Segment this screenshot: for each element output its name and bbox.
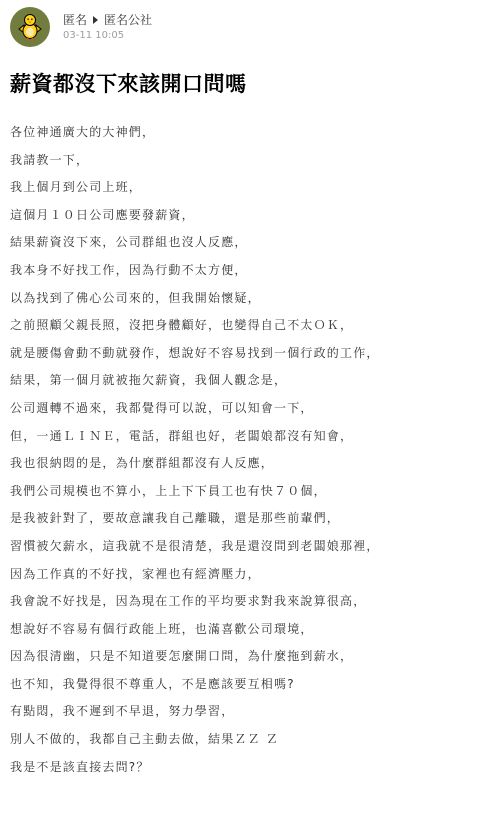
triangle-right-icon	[93, 16, 98, 24]
timestamp: 03-11 10:05	[63, 29, 152, 43]
body-line: 習慣被欠薪水，這我就不是很清楚，我是還沒問到老闆娘那裡，	[10, 533, 490, 561]
body-line: 我上個月到公司上班，	[10, 174, 490, 202]
post-meta: 匿名 匿名公社 03-11 10:05	[63, 12, 152, 43]
body-line: 是我被針對了，要故意讓我自己離職，還是那些前輩們，	[10, 505, 490, 533]
body-line: 公司週轉不過來，我都覺得可以說，可以知會一下，	[10, 395, 490, 423]
breadcrumb: 匿名 匿名公社	[63, 12, 152, 28]
body-line: 想說好不容易有個行政能上班，也滿喜歡公司環境，	[10, 616, 490, 644]
post-title: 薪資都沒下來該開口問嗎	[10, 70, 247, 98]
body-line: 我本身不好找工作，因為行動不太方便，	[10, 257, 490, 285]
body-line: 就是腰傷會動不動就發作，想說好不容易找到一個行政的工作，	[10, 340, 490, 368]
body-line: 我們公司規模也不算小，上上下下員工也有快７０個，	[10, 478, 490, 506]
body-line: 因為很清幽，只是不知道要怎麼開口問，為什麼拖到薪水，	[10, 643, 490, 671]
body-line: 我會說不好找是，因為現在工作的平均要求對我來說算很高，	[10, 588, 490, 616]
body-line: 這個月１０日公司應要發薪資，	[10, 202, 490, 230]
post-body: 各位神通廣大的大神們， 我請教一下， 我上個月到公司上班， 這個月１０日公司應要…	[10, 119, 490, 781]
body-line: 結果薪資沒下來，公司群組也沒人反應，	[10, 229, 490, 257]
body-line: 各位神通廣大的大神們，	[10, 119, 490, 147]
body-line: 也不知，我覺得很不尊重人，不是應該要互相嗎?	[10, 671, 490, 699]
post-header: 匿名 匿名公社 03-11 10:05	[10, 7, 152, 47]
avatar[interactable]	[10, 7, 50, 47]
body-line: 以為找到了佛心公司來的，但我開始懷疑，	[10, 285, 490, 313]
body-line: 別人不做的，我都自己主動去做，結果ＺＺ Ｚ	[10, 726, 490, 754]
body-line: 我也很納悶的是，為什麼群組都沒有人反應，	[10, 450, 490, 478]
body-line: 結果，第一個月就被拖欠薪資，我個人觀念是，	[10, 367, 490, 395]
board-name[interactable]: 匿名公社	[104, 12, 152, 28]
body-line: 之前照顧父親長照，沒把身體顧好，也變得自己不太ＯＫ，	[10, 312, 490, 340]
body-line: 我是不是該直接去問?？	[10, 754, 490, 782]
body-line: 因為工作真的不好找，家裡也有經濟壓力，	[10, 561, 490, 589]
chick-icon	[10, 7, 50, 47]
author-name[interactable]: 匿名	[63, 12, 87, 28]
body-line: 但，一通ＬＩＮＥ，電話，群組也好，老闆娘都沒有知會，	[10, 423, 490, 451]
body-line: 有點悶，我不遲到不早退，努力學習，	[10, 698, 490, 726]
body-line: 我請教一下，	[10, 147, 490, 175]
